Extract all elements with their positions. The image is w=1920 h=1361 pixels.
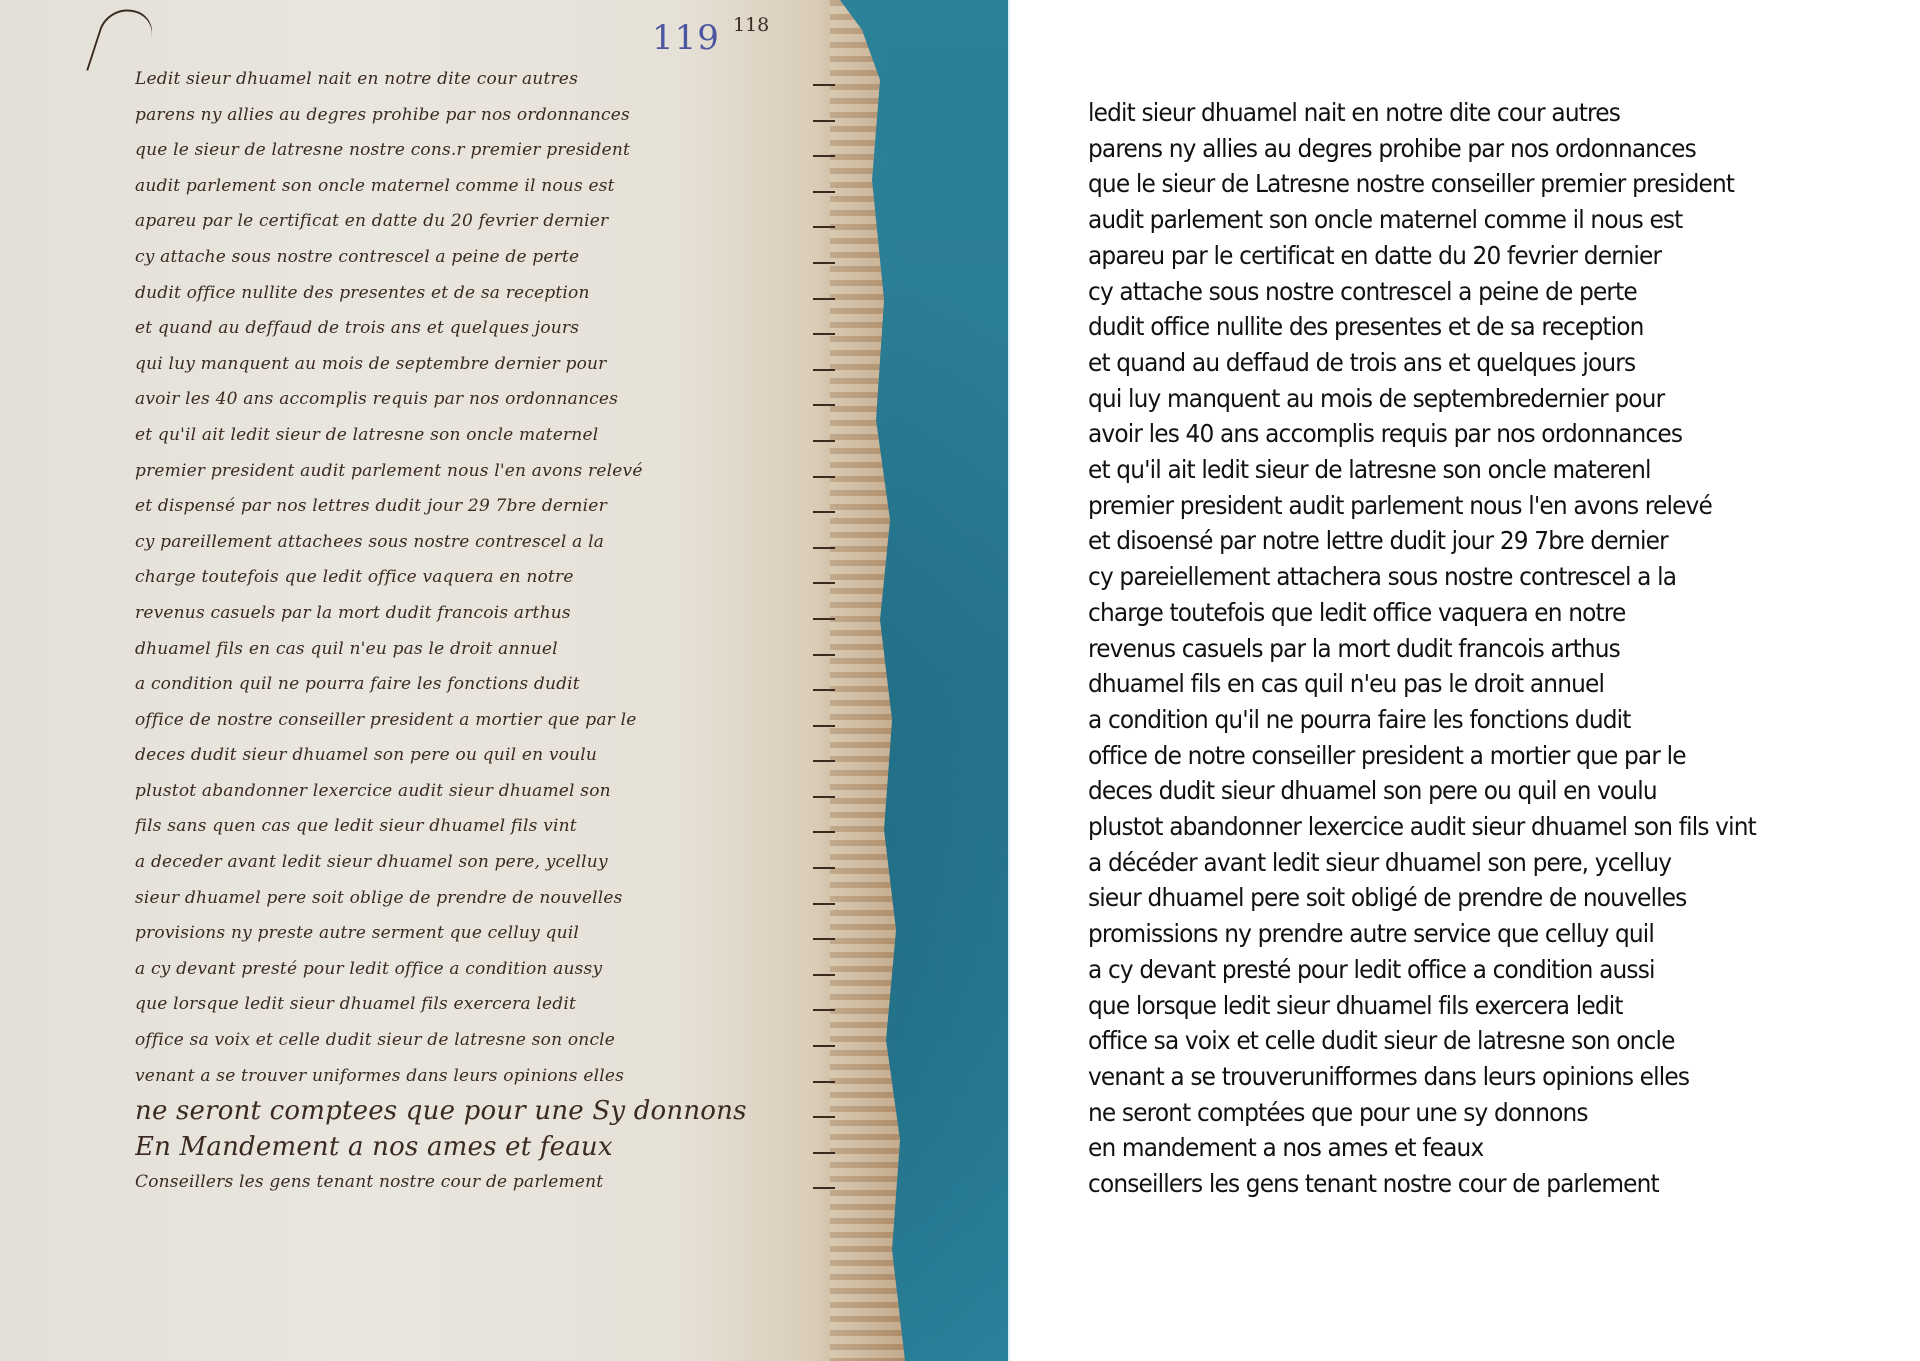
handwritten-line: audit parlement son oncle maternel comme…	[135, 169, 835, 205]
transcription-text: ledit sieur dhuamel nait en notre dite c…	[1088, 95, 1832, 1202]
transcription-line: apareu par le certificat en datte du 20 …	[1088, 238, 1832, 274]
torn-paper-edge	[830, 0, 905, 1361]
handwritten-line: revenus casuels par la mort dudit franco…	[135, 596, 835, 632]
transcription-line: ne seront comptées que pour une sy donno…	[1088, 1095, 1832, 1131]
transcription-line: audit parlement son oncle maternel comme…	[1088, 202, 1832, 238]
transcription-line: venant a se trouverunifformes dans leurs…	[1088, 1059, 1832, 1095]
handwritten-line: et qu'il ait ledit sieur de latresne son…	[135, 418, 835, 454]
handwritten-line: Conseillers les gens tenant nostre cour …	[135, 1165, 835, 1201]
handwritten-line: dudit office nullite des presentes et de…	[135, 276, 835, 312]
transcription-line: a décéder avant ledit sieur dhuamel son …	[1088, 845, 1832, 881]
transcription-line: a cy devant presté pour ledit office a c…	[1088, 952, 1832, 988]
folio-stamp-number: 119	[652, 18, 720, 58]
handwritten-line: apareu par le certificat en datte du 20 …	[135, 204, 835, 240]
folio-ink-number: 118	[733, 14, 769, 36]
transcription-line: cy pareiellement attachera sous nostre c…	[1088, 559, 1832, 595]
transcription-line: a condition qu'il ne pourra faire les fo…	[1088, 702, 1832, 738]
handwritten-line: et quand au deffaud de trois ans et quel…	[135, 311, 835, 347]
image-divider	[1008, 0, 1010, 1361]
transcription-line: sieur dhuamel pere soit obligé de prendr…	[1088, 880, 1832, 916]
transcription-line: et disoensé par notre lettre dudit jour …	[1088, 523, 1832, 559]
transcription-line: conseillers les gens tenant nostre cour …	[1088, 1166, 1832, 1202]
handwritten-line: sieur dhuamel pere soit oblige de prendr…	[135, 881, 835, 917]
transcription-line: revenus casuels par la mort dudit franco…	[1088, 631, 1832, 667]
handwritten-text: Ledit sieur dhuamel nait en notre dite c…	[135, 62, 835, 1201]
transcription-line: office sa voix et celle dudit sieur de l…	[1088, 1023, 1832, 1059]
transcription-line: cy attache sous nostre contrescel a pein…	[1088, 274, 1832, 310]
handwritten-line: dhuamel fils en cas quil n'eu pas le dro…	[135, 632, 835, 668]
handwritten-line: qui luy manquent au mois de septembre de…	[135, 347, 835, 383]
handwritten-line: office de nostre conseiller president a …	[135, 703, 835, 739]
transcription-line: dhuamel fils en cas quil n'eu pas le dro…	[1088, 666, 1832, 702]
transcription-line: et qu'il ait ledit sieur de latresne son…	[1088, 452, 1832, 488]
handwritten-line: provisions ny preste autre serment que c…	[135, 916, 835, 952]
transcription-line: deces dudit sieur dhuamel son pere ou qu…	[1088, 773, 1832, 809]
transcription-line: que lorsque ledit sieur dhuamel fils exe…	[1088, 988, 1832, 1024]
handwritten-line: charge toutefois que ledit office vaquer…	[135, 560, 835, 596]
handwritten-line: cy pareillement attachees sous nostre co…	[135, 525, 835, 561]
handwritten-line: fils sans quen cas que ledit sieur dhuam…	[135, 809, 835, 845]
handwritten-line: a deceder avant ledit sieur dhuamel son …	[135, 845, 835, 881]
handwritten-line: a cy devant presté pour ledit office a c…	[135, 952, 835, 988]
transcription-line: ledit sieur dhuamel nait en notre dite c…	[1088, 95, 1832, 131]
handwritten-line: parens ny allies au degres prohibe par n…	[135, 98, 835, 134]
handwritten-line: office sa voix et celle dudit sieur de l…	[135, 1023, 835, 1059]
transcription-line: plustot abandonner lexercice audit sieur…	[1088, 809, 1832, 845]
handwritten-line: que le sieur de latresne nostre cons.r p…	[135, 133, 835, 169]
transcription-line: parens ny allies au degres prohibe par n…	[1088, 131, 1832, 167]
handwritten-line: Ledit sieur dhuamel nait en notre dite c…	[135, 62, 835, 98]
transcription-line: qui luy manquent au mois de septembreder…	[1088, 381, 1832, 417]
transcription-line: office de notre conseiller president a m…	[1088, 738, 1832, 774]
handwritten-line: que lorsque ledit sieur dhuamel fils exe…	[135, 987, 835, 1023]
transcription-line: et quand au deffaud de trois ans et quel…	[1088, 345, 1832, 381]
transcription-line: premier president audit parlement nous l…	[1088, 488, 1832, 524]
transcription-line: en mandement a nos ames et feaux	[1088, 1130, 1832, 1166]
transcription-line: charge toutefois que ledit office vaquer…	[1088, 595, 1832, 631]
handwritten-line: et dispensé par nos lettres dudit jour 2…	[135, 489, 835, 525]
handwritten-line: avoir les 40 ans accomplis requis par no…	[135, 382, 835, 418]
transcription-line: que le sieur de Latresne nostre conseill…	[1088, 166, 1832, 202]
handwritten-line: venant a se trouver uniformes dans leurs…	[135, 1059, 835, 1095]
handwritten-line: deces dudit sieur dhuamel son pere ou qu…	[135, 738, 835, 774]
transcription-line: promissions ny prendre autre service que…	[1088, 916, 1832, 952]
handwritten-line: plustot abandonner lexercice audit sieur…	[135, 774, 835, 810]
handwritten-line: premier president audit parlement nous l…	[135, 454, 835, 490]
handwritten-line: cy attache sous nostre contrescel a pein…	[135, 240, 835, 276]
transcription-line: avoir les 40 ans accomplis requis par no…	[1088, 416, 1832, 452]
manuscript-photo: 119 118 Ledit sieur dhuamel nait en notr…	[0, 0, 1010, 1361]
transcription-line: dudit office nullite des presentes et de…	[1088, 309, 1832, 345]
handwritten-line: ne seront comptees que pour une Sy donno…	[135, 1094, 835, 1130]
handwritten-line: a condition quil ne pourra faire les fon…	[135, 667, 835, 703]
handwritten-line: En Mandement a nos ames et feaux	[135, 1130, 835, 1166]
